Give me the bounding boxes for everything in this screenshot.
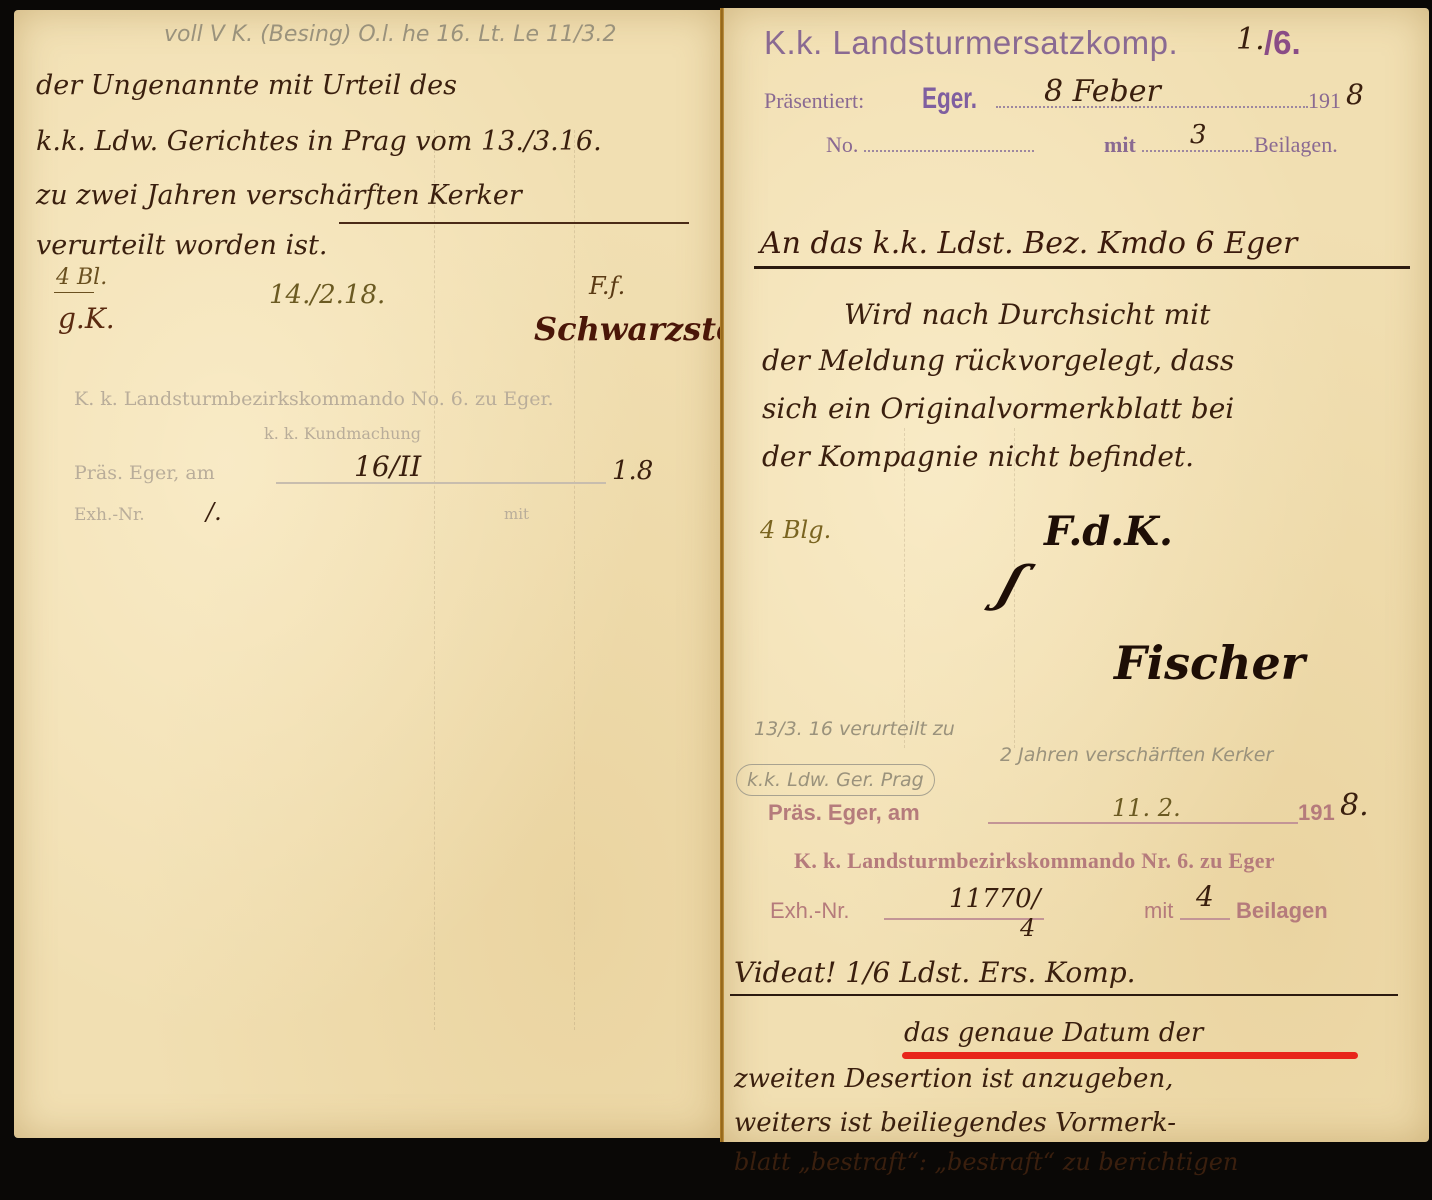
stamp-pres-line bbox=[988, 822, 1298, 824]
videat-underline bbox=[730, 994, 1398, 996]
stamp-mit-line bbox=[1180, 918, 1230, 920]
faint-pres-label: Präs. Eger, am bbox=[74, 462, 215, 484]
stamp-beilagen-label: Beilagen bbox=[1236, 898, 1328, 924]
stamp-pres-date: 11. 2. bbox=[1112, 794, 1181, 822]
faint-form-column bbox=[434, 130, 435, 1030]
mit-line bbox=[1142, 150, 1252, 152]
reply-line-2: zweiten Desertion ist anzugeben, bbox=[734, 1064, 1173, 1094]
right-body-line-4: der Kompagnie nicht befindet. bbox=[762, 440, 1194, 473]
pencil-note-1: 13/3. 16 verurteilt zu bbox=[754, 718, 955, 740]
stamp-mit-value: 4 bbox=[1196, 880, 1214, 913]
right-body-line-3: sich ein Originalvormerkblatt bei bbox=[762, 392, 1234, 425]
right-page: K.k. Landsturmersatzkomp. 1. /6. Präsent… bbox=[724, 8, 1429, 1142]
videat-line: Videat! 1/6 Ldst. Ers. Komp. bbox=[734, 956, 1136, 989]
faint-pres-line bbox=[276, 482, 606, 484]
initials: g.K. bbox=[58, 302, 115, 335]
pencil-note-2: 2 Jahren verschärften Kerker bbox=[1000, 744, 1273, 766]
presented-date-hand: 8 Feber bbox=[1044, 74, 1161, 109]
beilagen-label: Beilagen. bbox=[1254, 132, 1338, 158]
reply-line-4: blatt „bestraft“: „bestraft“ zu berichti… bbox=[734, 1148, 1238, 1176]
presented-place: Eger. bbox=[922, 82, 977, 116]
faint-pres-date: 16/II bbox=[354, 450, 421, 483]
stamp-exh-value: 11770/ bbox=[949, 884, 1040, 914]
stamp-mit-label: mit bbox=[1144, 898, 1173, 924]
body-line-1: der Ungenannte mit Urteil des bbox=[36, 70, 457, 101]
faint-form-column bbox=[574, 130, 575, 1030]
mit-value: 3 bbox=[1190, 120, 1207, 150]
left-date: 14./2.18. bbox=[269, 280, 385, 310]
signature-right: Fischer bbox=[1114, 636, 1305, 690]
stamp-year-print: 191 bbox=[1298, 800, 1335, 826]
no-label: No. bbox=[826, 132, 858, 158]
no-line bbox=[864, 150, 1034, 152]
faint-stamp-subheader: k. k. Kundmachung bbox=[264, 424, 421, 443]
left-page: voll V K. (Besing) O.l. he 16. Lt. Le 11… bbox=[14, 10, 720, 1138]
faint-stamp-header: K. k. Landsturmbezirkskommando No. 6. zu… bbox=[74, 388, 554, 410]
address-line: An das k.k. Ldst. Bez. Kmdo 6 Eger bbox=[760, 226, 1297, 261]
enclosures-note: 4 Bl. bbox=[56, 265, 107, 290]
fraction-line bbox=[54, 292, 94, 293]
stamp-pres-label: Präs. Eger, am bbox=[768, 800, 920, 826]
stamp-unit: K.k. Landsturmersatzkomp. bbox=[764, 24, 1178, 62]
stamp-exh-sub: 4 bbox=[1020, 914, 1035, 942]
reply-line-1: das genaue Datum der bbox=[904, 1018, 1203, 1048]
body-line-2: k.k. Ldw. Gerichtes in Prag vom 13./3.16… bbox=[36, 126, 602, 157]
presented-label: Präsentiert: bbox=[764, 88, 864, 114]
body-line-3: zu zwei Jahren verschärften Kerker bbox=[36, 180, 522, 211]
faint-mit-label: mit bbox=[504, 505, 529, 523]
signature-flourish: ʃ bbox=[991, 556, 1033, 612]
stamp-command-line: K. k. Landsturmbezirkskommando Nr. 6. zu… bbox=[794, 848, 1275, 874]
right-enclosures-note: 4 Blg. bbox=[760, 516, 831, 544]
pencil-header-note: voll V K. (Besing) O.l. he 16. Lt. Le 11… bbox=[164, 22, 616, 47]
stamp-unit-number-hand: 1. bbox=[1236, 22, 1265, 57]
stamp-year-hand: 8. bbox=[1340, 788, 1369, 823]
presented-year-print: 191 bbox=[1308, 88, 1341, 114]
right-body-line-2: der Meldung rückvorgelegt, dass bbox=[762, 344, 1234, 377]
red-crayon-underline bbox=[902, 1052, 1358, 1059]
address-underline bbox=[754, 266, 1410, 269]
right-body-line-1: Wird nach Durchsicht mit bbox=[844, 298, 1210, 331]
presented-year-hand: 8 bbox=[1346, 78, 1364, 111]
signature-prefix-right: F.d.K. bbox=[1044, 508, 1173, 555]
stamp-exh-label: Exh.-Nr. bbox=[770, 898, 849, 924]
faint-exh-label: Exh.-Nr. bbox=[74, 505, 145, 525]
faint-pres-year: 1.8 bbox=[612, 456, 653, 486]
faint-form-column bbox=[904, 428, 905, 748]
stamp-unit-number: /6. bbox=[1264, 24, 1301, 62]
underline-kerker bbox=[339, 222, 689, 224]
signature-prefix: F.f. bbox=[589, 272, 625, 300]
mit-label: mit bbox=[1104, 132, 1136, 158]
body-line-4: verurteilt worden ist. bbox=[36, 230, 327, 261]
faint-exh-value: /. bbox=[206, 498, 222, 526]
pencil-note-3-circled: k.k. Ldw. Ger. Prag bbox=[736, 764, 935, 796]
reply-line-3: weiters ist beiliegendes Vormerk- bbox=[734, 1108, 1176, 1138]
